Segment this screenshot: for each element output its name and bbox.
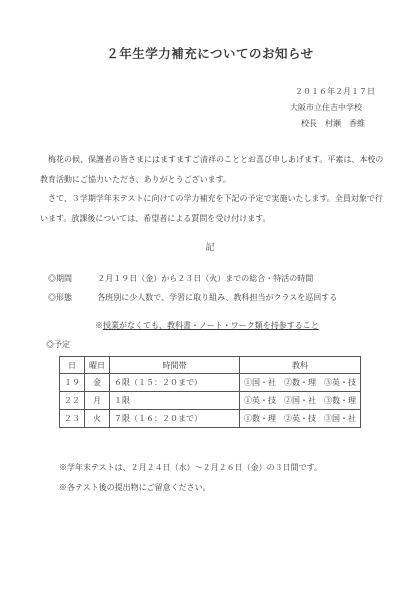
column-header-time: 時間帯 — [110, 357, 240, 374]
body-line: います。放課後については、希望者による質問を受け付けます。 — [40, 209, 386, 229]
column-header-day: 日 — [60, 357, 85, 374]
table-row: １９ 金 ６限（１５：２０まで） ①国・社 ②数・理 ③英・技 — [60, 374, 361, 392]
cell-weekday: 金 — [85, 374, 110, 392]
cell-subjects: ①数・理 ②英・技 ③国・社 — [240, 410, 361, 428]
school-name: 大阪市立住吉中学校 — [290, 100, 375, 116]
footnote-submissions: ※各テスト後の提出物にご留意ください。 — [59, 478, 322, 498]
table-row: ２２ 月 １限 ①英・技 ②国・社 ③数・理 — [60, 392, 361, 410]
period-item: ◎期間 ２月１９日（金）から２３日（火）までの総合・特活の時間 — [48, 273, 313, 284]
period-value: ２月１９日（金）から２３日（火）までの総合・特活の時間 — [97, 273, 313, 284]
body-line: さて、３学期学年末テストに向けての学力補充を下記の予定で実施いたします。全員対象… — [40, 189, 386, 209]
document-date: ２０１６年２月１７日 — [290, 84, 375, 100]
table-header-row: 日 曜日 時間帯 教科 — [60, 357, 361, 374]
body-line: 梅花の候、保護者の皆さまにはますますご清祥のこととお喜び申しあげます。平素は、本… — [40, 150, 386, 170]
bring-materials-note: ※授業がなくても、教科書・ノート・ワーク類を持参すること — [95, 320, 319, 331]
format-label: ◎形態 — [48, 292, 72, 303]
schedule-label: ◎予定 — [46, 339, 70, 350]
cell-time: ６限（１５：２０まで） — [110, 374, 240, 392]
cell-time: １限 — [110, 392, 240, 410]
body-line: 教育活動にご協力いただき、ありがとうございます。 — [40, 170, 386, 190]
format-value: 各班別に少人数で、学習に取り組み、教科担当がクラスを巡回する — [97, 292, 337, 303]
footnotes-block: ※学年末テストは、２月２４日（水）～２月２６日（金）の３日間です。 ※各テスト後… — [59, 458, 322, 498]
note-prefix: ※ — [95, 321, 103, 330]
cell-subjects: ①英・技 ②国・社 ③数・理 — [240, 392, 361, 410]
principal-name: 校長 村瀬 香維 — [290, 116, 375, 132]
note-underlined-text: 授業がなくても、教科書・ノート・ワーク類を持参すること — [103, 321, 319, 330]
footnote-test-dates: ※学年末テストは、２月２４日（水）～２月２６日（金）の３日間です。 — [59, 458, 322, 478]
cell-weekday: 月 — [85, 392, 110, 410]
page-title: ２年生学力補充についてのお知らせ — [0, 44, 420, 62]
record-mark: 記 — [0, 240, 420, 253]
table-row: ２３ 火 ７限（１６：２０まで） ①数・理 ②英・技 ③国・社 — [60, 410, 361, 428]
schedule-table: 日 曜日 時間帯 教科 １９ 金 ６限（１５：２０まで） ①国・社 ②数・理 ③… — [59, 356, 361, 428]
notice-document-page: ２年生学力補充についてのお知らせ ２０１６年２月１７日 大阪市立住吉中学校 校長… — [0, 0, 420, 594]
cell-weekday: 火 — [85, 410, 110, 428]
cell-subjects: ①国・社 ②数・理 ③英・技 — [240, 374, 361, 392]
column-header-weekday: 曜日 — [85, 357, 110, 374]
body-paragraphs: 梅花の候、保護者の皆さまにはますますご清祥のこととお喜び申しあげます。平素は、本… — [40, 150, 386, 228]
cell-day: ２２ — [60, 392, 85, 410]
format-item: ◎形態 各班別に少人数で、学習に取り組み、教科担当がクラスを巡回する — [48, 292, 337, 303]
cell-time: ７限（１６：２０まで） — [110, 410, 240, 428]
column-header-subjects: 教科 — [240, 357, 361, 374]
period-label: ◎期間 — [48, 273, 72, 284]
cell-day: １９ — [60, 374, 85, 392]
document-header-block: ２０１６年２月１７日 大阪市立住吉中学校 校長 村瀬 香維 — [290, 84, 375, 132]
cell-day: ２３ — [60, 410, 85, 428]
